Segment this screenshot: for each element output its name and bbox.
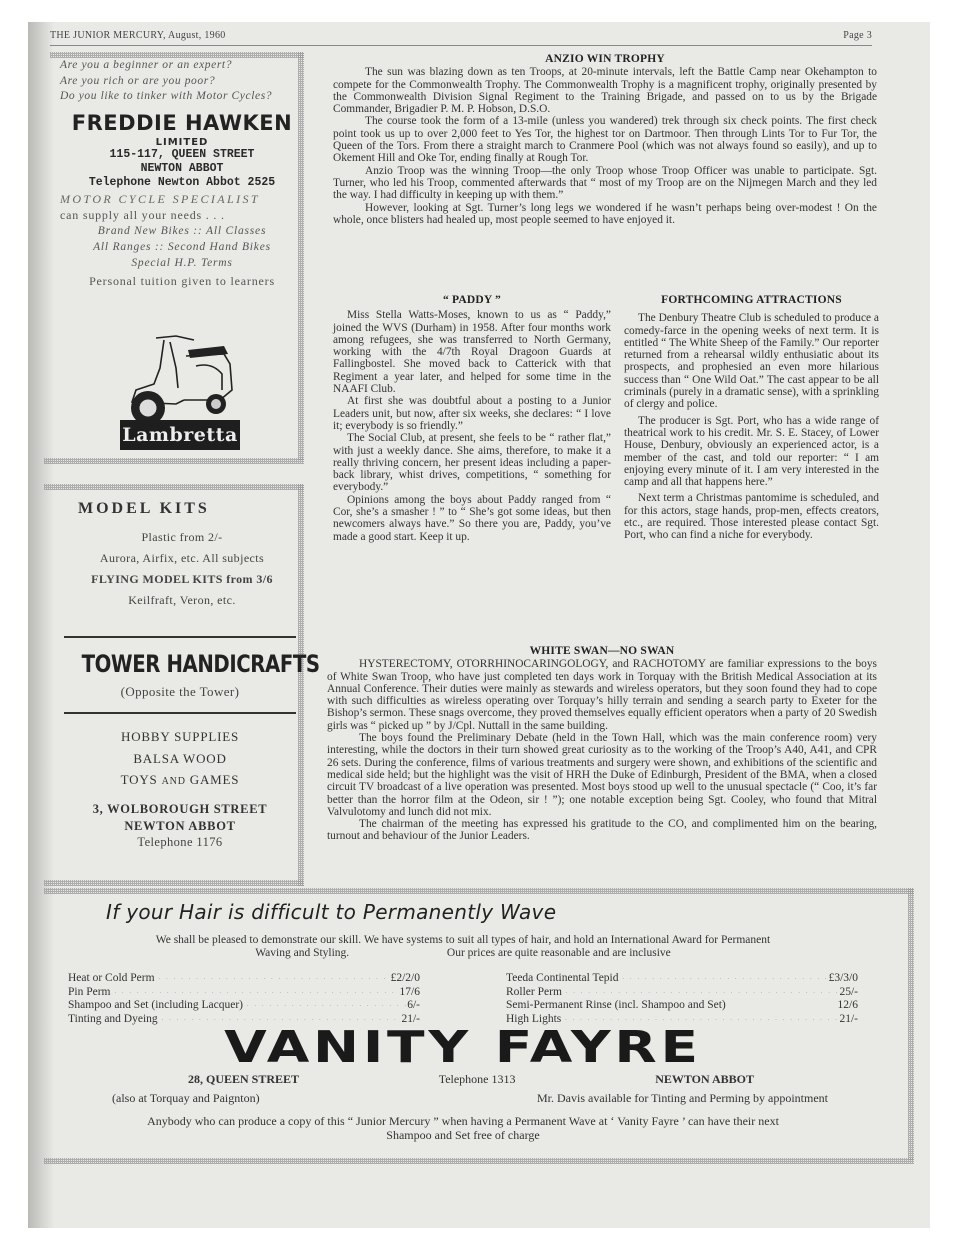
ad-subtitle: (Opposite the Tower): [60, 684, 300, 700]
article-paragraph: The producer is Sgt. Port, who has a wid…: [624, 415, 879, 489]
article-paddy: “ PADDY ” Miss Stella Watts-Moses, known…: [333, 294, 611, 543]
service-name: Tinting and Dyeing: [68, 1013, 158, 1027]
ad-offer-line: Shampoo and Set free of charge: [68, 1128, 858, 1142]
price-row: Heat or Cold Perm.......................…: [68, 972, 420, 986]
ad-headline: If your Hair is difficult to Permanently…: [106, 900, 858, 924]
ad-item: TOYS AND GAMES: [60, 769, 300, 793]
ad-intro-line: Waving and Styling. Our prices are quite…: [68, 947, 858, 960]
leader-dots: ........................................…: [111, 986, 400, 1000]
ad-vanity-fayre: If your Hair is difficult to Permanently…: [68, 900, 858, 1142]
ad-offer-line: Special H.P. Terms: [60, 255, 304, 271]
ad-intro-line: Do you like to tinker with Motor Cycles?: [60, 89, 304, 105]
article-anzio-win-trophy: ANZIO WIN TROPHY The sun was blazing dow…: [333, 53, 877, 226]
ad-address-line: NEWTON ABBOT: [60, 818, 300, 835]
article-paragraph: Anzio Troop was the winning Troop—the on…: [333, 165, 877, 202]
price-row: Shampoo and Set (including Lacquer).....…: [68, 999, 420, 1013]
service-price: 25/-: [839, 986, 858, 1000]
ad-item-word: GAMES: [190, 772, 240, 787]
ad-tower-handicrafts: TOWER HANDICRAFTS (Opposite the Tower) H…: [60, 636, 300, 850]
price-list: Heat or Cold Perm.......................…: [68, 972, 858, 1026]
running-head: THE JUNIOR MERCURY, August, 1960 Page 3: [50, 27, 872, 46]
lambretta-logo: Lambretta: [120, 420, 240, 450]
ad-address-row: 28, QUEEN STREET Telephone 1313 NEWTON A…: [188, 1072, 754, 1087]
article-white-swan: WHITE SWAN—NO SWAN HYSTERECTOMY, OTORRHI…: [327, 645, 877, 843]
ad-title: MODEL KITS: [78, 500, 304, 518]
service-price: 12/6: [838, 999, 858, 1013]
ad-line: FLYING MODEL KITS from 3/6: [60, 572, 304, 587]
ad-telephone: Telephone 1176: [60, 835, 300, 850]
publication-title: THE JUNIOR MERCURY, August, 1960: [50, 30, 226, 41]
ad-border-right: [908, 888, 914, 1160]
price-list-right: Teeda Continental Tepid.................…: [506, 972, 858, 1026]
ad-border-bottom: [44, 1158, 914, 1164]
ad-address-line: NEWTON ABBOT: [60, 162, 304, 176]
ad-address-line: 3, WOLBOROUGH STREET: [60, 801, 300, 818]
service-price: £3/3/0: [829, 972, 858, 986]
ad-intro-line: Are you rich or are you poor?: [60, 74, 304, 90]
ad-line: Aurora, Airfix, etc. All subjects: [60, 551, 304, 566]
price-list-left: Heat or Cold Perm.......................…: [68, 972, 420, 1026]
divider: [64, 636, 296, 638]
service-price: 6/-: [407, 999, 420, 1013]
ad-freddie-hawken: Are you a beginner or an expert? Are you…: [60, 58, 304, 454]
article-paragraph: The boys found the Preliminary Debate (h…: [327, 732, 877, 818]
ad-intro: We shall be pleased to demonstrate our s…: [68, 934, 858, 960]
service-name: Semi-Permanent Rinse (incl. Shampoo and …: [506, 999, 726, 1013]
ad-offer-line: All Ranges :: Second Hand Bikes: [60, 239, 304, 255]
service-name: Heat or Cold Perm: [68, 972, 155, 986]
article-paragraph: HYSTERECTOMY, OTORRHINOCARINGOLOGY, and …: [327, 658, 877, 732]
article-heading: “ PADDY ”: [333, 294, 611, 306]
ad-brand-name: FREDDIE HAWKEN: [60, 111, 304, 135]
ad-stylist: Mr. Davis available for Tinting and Perm…: [537, 1091, 828, 1106]
ad-item: BALSA WOOD: [60, 748, 300, 770]
divider: [64, 712, 296, 714]
service-price: 17/6: [400, 986, 420, 1000]
leader-dots: ........................................…: [562, 986, 840, 1000]
article-heading: WHITE SWAN—NO SWAN: [327, 645, 877, 657]
ad-address-line: 115-117, QUEEN STREET: [60, 148, 304, 162]
article-paragraph: At first she was doubtful about a postin…: [333, 395, 611, 432]
price-row: Roller Perm.............................…: [506, 986, 858, 1000]
ad-telephone: Telephone 1313: [439, 1072, 516, 1087]
ad-item: HOBBY SUPPLIES: [60, 726, 300, 748]
service-name: Shampoo and Set (including Lacquer): [68, 999, 243, 1013]
ad-supply: can supply all your needs . . .: [60, 207, 304, 223]
service-price: £2/2/0: [391, 972, 420, 986]
ad-tuition: Personal tuition given to learners: [60, 273, 304, 289]
price-row: Semi-Permanent Rinse (incl. Shampoo and …: [506, 999, 858, 1013]
article-paragraph: The course took the form of a 13-mile (u…: [333, 115, 877, 164]
ad-item-word: TOYS: [121, 772, 158, 787]
ad-info-row: (also at Torquay and Paignton) Mr. Davis…: [112, 1091, 828, 1106]
article-forthcoming-attractions: FORTHCOMING ATTRACTIONS The Denbury Thea…: [624, 294, 879, 542]
ad-border-bottom: [44, 880, 304, 886]
ad-address: 28, QUEEN STREET: [188, 1072, 299, 1087]
article-paragraph: However, looking at Sgt. Turner’s long l…: [333, 202, 877, 227]
leader-dots: ........................................…: [619, 972, 829, 986]
article-paragraph: The chairman of the meeting has expresse…: [327, 818, 877, 843]
leader-dots: ........................................…: [155, 972, 391, 986]
service-price: 21/-: [839, 1013, 858, 1027]
leader-dots: ........................................…: [243, 999, 407, 1013]
ad-specialist: MOTOR CYCLE SPECIALIST: [60, 192, 304, 207]
ad-border-top: [44, 888, 914, 894]
ad-border-bottom: [44, 458, 304, 464]
ad-branches: (also at Torquay and Paignton): [112, 1091, 260, 1106]
article-heading: FORTHCOMING ATTRACTIONS: [624, 294, 879, 306]
ad-intro-line: Are you a beginner or an expert?: [60, 58, 304, 74]
ad-offer-line: Anybody who can produce a copy of this “…: [68, 1114, 858, 1128]
ad-line: Keilfraft, Veron, etc.: [60, 593, 304, 608]
article-heading: ANZIO WIN TROPHY: [333, 53, 877, 65]
ad-offer-line: Brand New Bikes :: All Classes: [60, 223, 304, 239]
ad-telephone: Telephone Newton Abbot 2525: [60, 176, 304, 190]
ad-item-word: AND: [162, 776, 186, 787]
article-paragraph: The Denbury Theatre Club is scheduled to…: [624, 312, 879, 410]
ad-town: NEWTON ABBOT: [655, 1072, 754, 1087]
ad-model-kits: MODEL KITS Plastic from 2/- Aurora, Airf…: [60, 500, 304, 630]
scooter-illustration: Lambretta: [116, 328, 248, 452]
ad-brand-suffix: LIMITED: [60, 137, 304, 148]
price-row: Teeda Continental Tepid.................…: [506, 972, 858, 986]
article-paragraph: Opinions among the boys about Paddy rang…: [333, 494, 611, 543]
page-number: Page 3: [843, 30, 872, 41]
ad-offer: Anybody who can produce a copy of this “…: [68, 1114, 858, 1142]
price-row: Pin Perm................................…: [68, 986, 420, 1000]
ad-brand-name: VANITY FAYRE: [0, 1026, 956, 1070]
article-paragraph: Next term a Christmas pantomime is sched…: [624, 492, 879, 541]
ad-title: TOWER HANDICRAFTS: [82, 650, 279, 678]
service-name: Roller Perm: [506, 986, 562, 1000]
article-paragraph: The sun was blazing down as ten Troops, …: [333, 66, 877, 115]
service-name: Pin Perm: [68, 986, 111, 1000]
ad-border-top: [44, 484, 304, 490]
ad-intro-line: We shall be pleased to demonstrate our s…: [68, 934, 858, 947]
article-paragraph: The Social Club, at present, she feels t…: [333, 432, 611, 493]
service-name: Teeda Continental Tepid: [506, 972, 619, 986]
article-paragraph: Miss Stella Watts-Moses, known to us as …: [333, 309, 611, 395]
ad-line: Plastic from 2/-: [60, 530, 304, 545]
